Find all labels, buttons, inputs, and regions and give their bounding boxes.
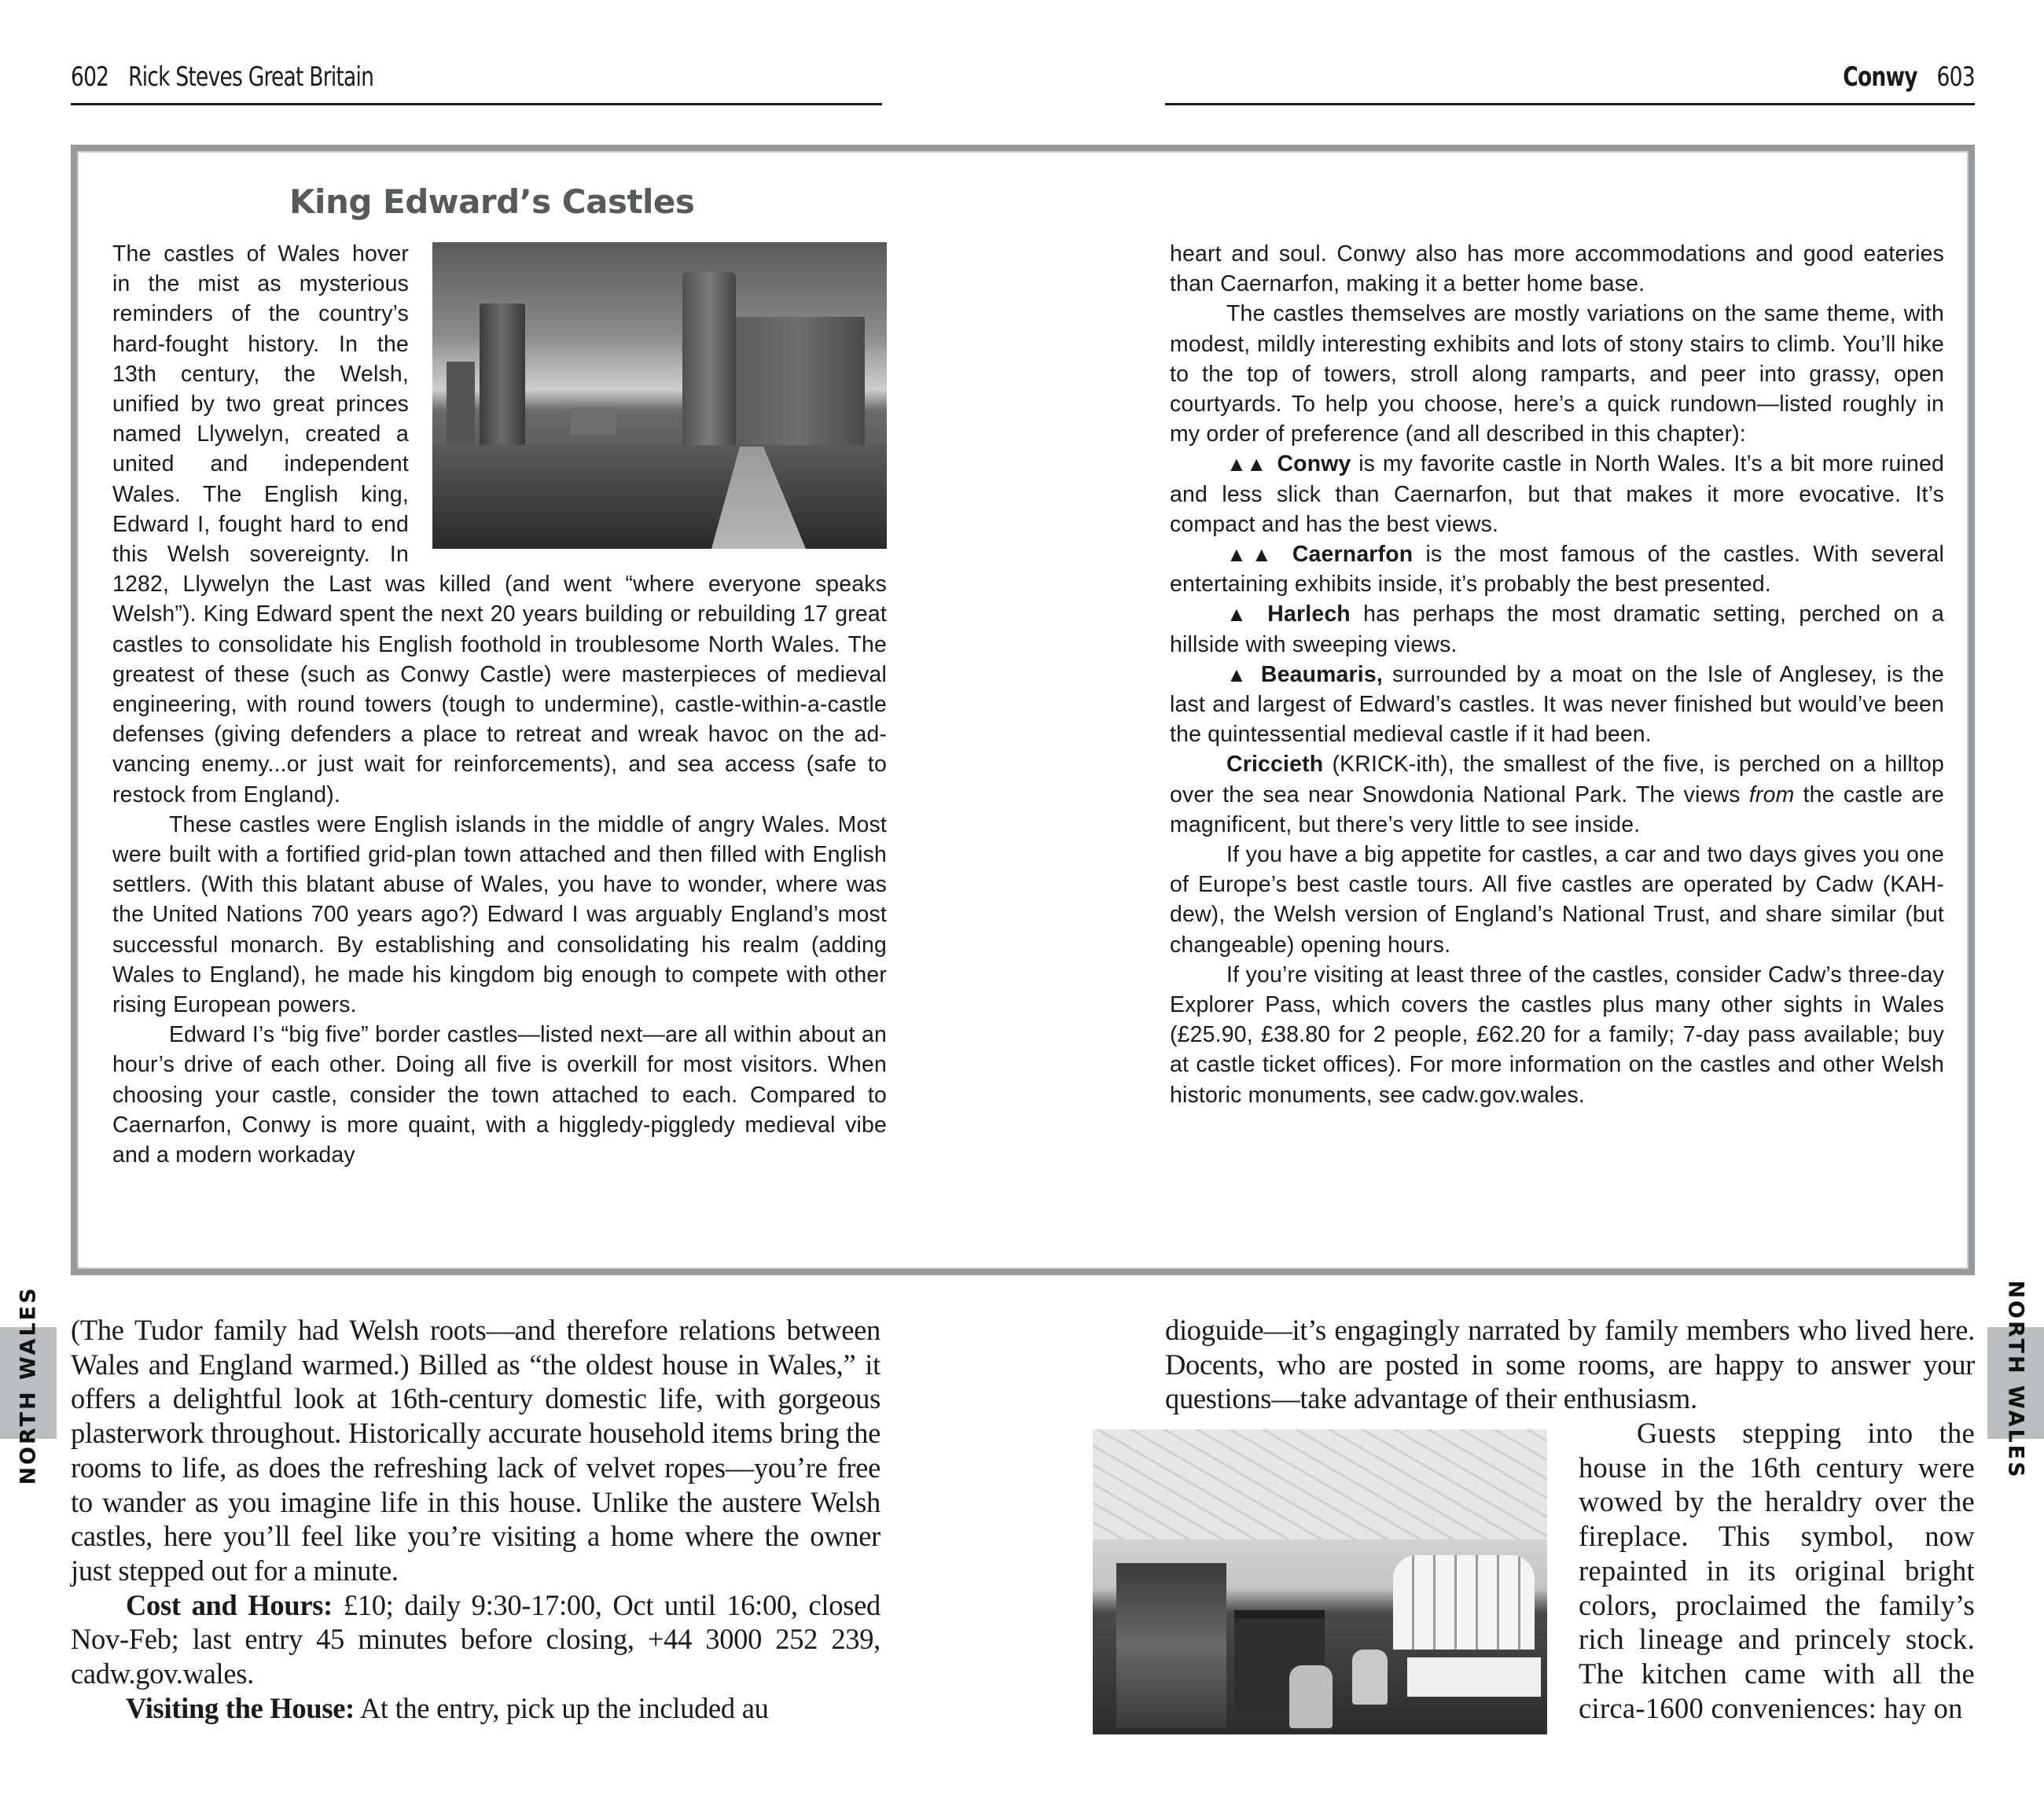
visiting-label: Visiting the House:: [126, 1692, 355, 1724]
running-header-right: Conwy 603: [1165, 61, 1975, 105]
sidebar-paragraph: If you have a big appetite for castles, …: [1170, 840, 1944, 960]
page-number-right: 603: [1937, 61, 1975, 93]
body-column-left: (The Tudor family had Welsh roots—and th…: [71, 1313, 880, 1725]
sidebar-paragraph: If you’re visiting at least three of the…: [1170, 960, 1944, 1110]
triangle-rating-icon: ▲▲: [1226, 543, 1277, 566]
book-title: Rick Steves Great Britain: [128, 61, 373, 93]
section-tab-label-left: NORTH WALES: [17, 1286, 41, 1484]
body-column-right-wrap: Guests stepping into the house in the 16…: [1579, 1416, 1975, 1725]
sidebar-paragraph: The castles of Wales hover in the mist a…: [112, 239, 887, 810]
running-header-left: 602 Rick Steves Great Britain: [71, 61, 882, 105]
castle-photo: [432, 242, 887, 549]
cost-and-hours: Cost and Hours: £10; daily 9:30-17:00, O…: [71, 1588, 880, 1691]
castle-entry-harlech: ▲ Harlech has perhaps the most dramatic …: [1170, 599, 1944, 659]
chapter-title: Conwy: [1843, 61, 1917, 93]
cost-label: Cost and Hours:: [126, 1589, 333, 1621]
page-number-left: 602: [71, 61, 108, 93]
sidebar-paragraph: The castles themselves are mostly variat…: [1170, 299, 1944, 449]
sidebar-column-left: The castles of Wales hover in the mist a…: [112, 239, 887, 1170]
visiting-the-house: Visiting the House: At the entry, pick u…: [71, 1691, 880, 1726]
triangle-rating-icon: ▲▲: [1226, 452, 1266, 476]
sidebar-paragraph: These castles were English islands in th…: [112, 810, 887, 1020]
body-paragraph: dioguide—it’s engagingly narrated by fam…: [1165, 1313, 1975, 1416]
sidebar-box: King Edward’s Castles The castles of Wal…: [71, 145, 1975, 1275]
castle-entry-criccieth: Criccieth (KRICK-ith), the smallest of t…: [1170, 749, 1944, 840]
castle-entry-conwy: ▲▲ Conwy is my favorite castle in North …: [1170, 449, 1944, 539]
triangle-rating-icon: ▲: [1226, 602, 1252, 626]
castle-entry-beaumaris: ▲ Beaumaris, surrounded by a moat on the…: [1170, 660, 1944, 750]
house-interior-photo: [1093, 1429, 1547, 1734]
sidebar-column-right: heart and soul. Conwy also has more acco…: [1170, 239, 1944, 1110]
body-paragraph: (The Tudor family had Welsh roots—and th…: [71, 1313, 880, 1588]
triangle-rating-icon: ▲: [1226, 663, 1248, 686]
section-tab-label-right: NORTH WALES: [2004, 1280, 2028, 1479]
castle-entry-caernarfon: ▲▲ Caernarfon is the most famous of the …: [1170, 539, 1944, 599]
sidebar-paragraph: Edward I’s “big five” border castles—lis…: [112, 1020, 887, 1170]
sidebar-paragraph: heart and soul. Conwy also has more acco…: [1170, 239, 1944, 299]
body-paragraph: Guests stepping into the house in the 16…: [1579, 1416, 1975, 1725]
body-column-right: dioguide—it’s engagingly narrated by fam…: [1165, 1313, 1975, 1416]
sidebar-title: King Edward’s Castles: [289, 182, 777, 221]
